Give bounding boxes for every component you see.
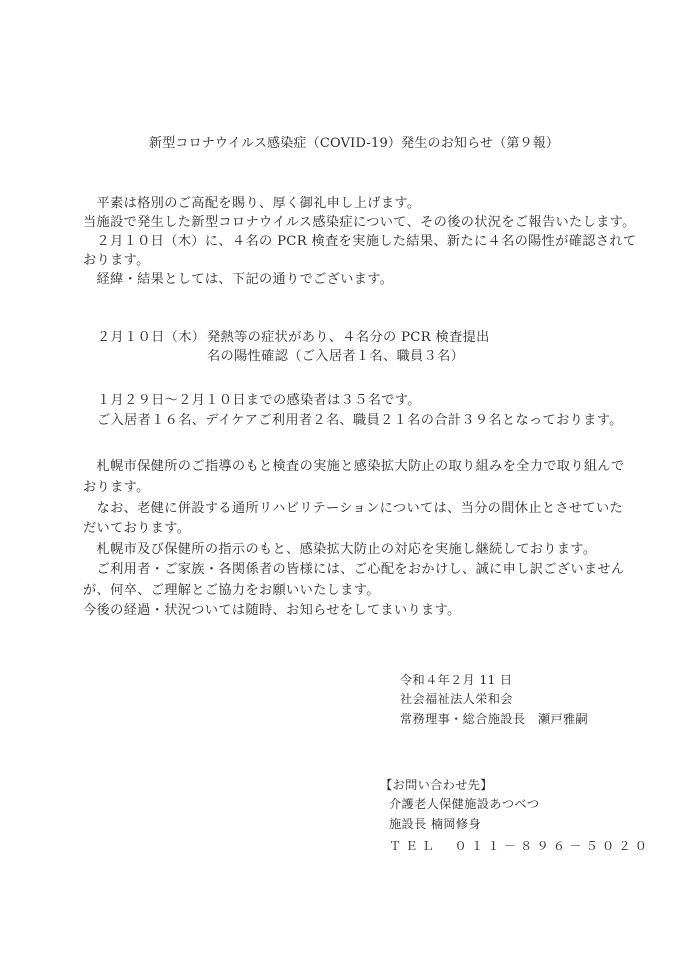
intro-line-1: 平素は格別のご高配を賜り、厚く御礼申し上げます。 xyxy=(83,196,420,212)
timeline-event-line-1: 発熱等の症状があり、４名分の PCR 検査提出 xyxy=(207,330,490,346)
timeline-date: ２月１０日（木） xyxy=(97,330,205,346)
summary-line-2: ご入居者１６名、デイケアご利用者２名、職員２１名の合計３９名となっております。 xyxy=(97,413,623,429)
signature-date: 令和４年２月 11 日 xyxy=(400,672,512,688)
timeline-event-line-2: 名の陽性確認（ご入居者１名、職員３名） xyxy=(207,349,464,365)
summary-line-1: １月２９日～２月１０日までの感染者は３５名です。 xyxy=(97,393,421,409)
contact-facility: 介護老人保健施設あつべつ xyxy=(389,796,539,812)
intro-line-3: ２月１０日（木）に、４名の PCR 検査を実施した結果、新たに４名の陽性が確認さ… xyxy=(83,234,636,250)
body-line-7: が、何卒、ご理解とご協力をお願いいたします。 xyxy=(83,583,380,599)
body-line-5: 札幌市及び保健所の指示のもと、感染拡大防止の対応を実施し継続しております。 xyxy=(83,542,596,558)
body-line-3: なお、老健に併設する通所リハビリテーションについては、当分の間休止とさせていた xyxy=(83,501,623,517)
body-line-6: ご利用者・ご家族・各関係者の皆様には、ご心配をおかけし、誠に申し訳ございません xyxy=(83,562,625,578)
body-line-4: だいております。 xyxy=(83,521,190,537)
contact-director: 施設長 楠岡修身 xyxy=(389,816,481,832)
intro-line-4: おります。 xyxy=(83,253,150,269)
body-line-1: 札幌市保健所のご指導のもと検査の実施と感染拡大防止の取り組みを全力で取り組んで xyxy=(83,459,625,475)
intro-line-2: 当施設で発生した新型コロナウイルス感染症について、その後の状況をご報告いたします… xyxy=(83,215,636,231)
intro-line-5: 経緯・結果としては、下記の通りでございます。 xyxy=(83,272,393,288)
signature-person: 常務理事・総合施設長 瀬戸雅嗣 xyxy=(400,711,588,727)
contact-tel: ＴＥＬ ０１１－８９６－５０２０ xyxy=(389,838,651,854)
contact-heading: 【お問い合わせ先】 xyxy=(380,777,493,793)
signature-organization: 社会福祉法人栄和会 xyxy=(400,691,513,707)
body-line-8: 今後の経過・状況ついては随時、お知らせをしてまいります。 xyxy=(83,603,461,619)
document-page: 新型コロナウイルス感染症（COVID-19）発生のお知らせ（第９報） 平素は格別… xyxy=(0,0,679,960)
document-title: 新型コロナウイルス感染症（COVID-19）発生のお知らせ（第９報） xyxy=(149,136,559,152)
body-line-2: おります。 xyxy=(83,480,150,496)
